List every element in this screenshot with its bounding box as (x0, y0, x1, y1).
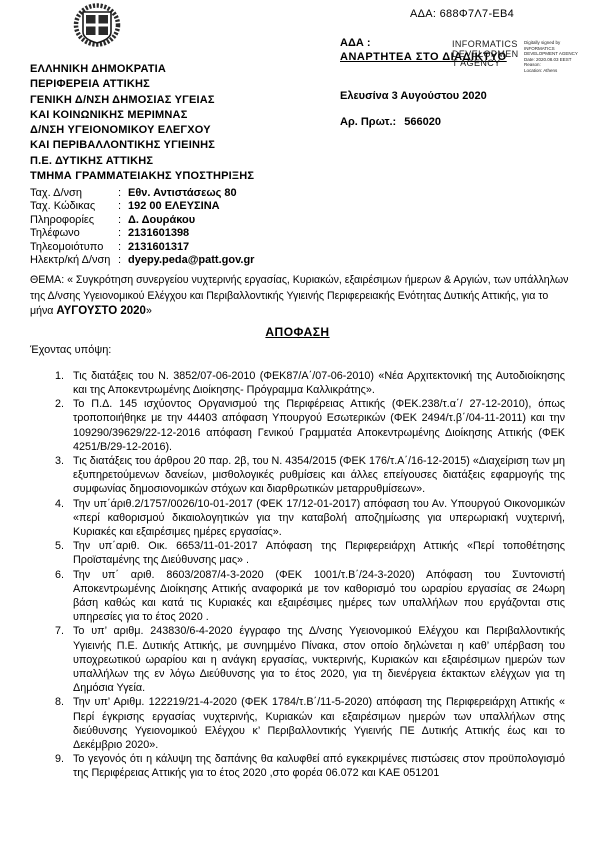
colon: : (118, 200, 128, 213)
authority-line: Δ/ΝΣΗ ΥΓΕΙΟΝΟΜΙΚΟΥ ΕΛΕΓΧΟΥ (30, 123, 254, 138)
colon: : (118, 254, 128, 267)
contact-row: Ηλεκτρ/κή Δ/νση:dyepy.peda@patt.gov.gr (30, 254, 254, 267)
stamp-line: T AGENCY (452, 59, 519, 69)
subject-month: ΑΥΓΟΥΣΤΟ 2020 (56, 305, 146, 317)
contact-value: 2131601317 (128, 241, 189, 254)
list-item: 6. Την υπ΄ αριθ. 8603/2087/4-3-2020 (ΦΕΚ… (55, 568, 565, 625)
list-item-text: Το γεγονός ότι η κάλυψη της δαπάνης θα κ… (73, 752, 565, 780)
list-item-text: Το υπ’ αριθμ. 243830/6-4-2020 έγγραφο τη… (73, 624, 565, 695)
contact-label: Τηλέφωνο (30, 227, 118, 240)
list-item-number: 6. (55, 568, 64, 582)
contact-row: Πληροφορίες:Δ. Δουράκου (30, 214, 254, 227)
list-item-text: Τις διατάξεις του Ν. 3852/07-06-2010 (ΦΕ… (73, 369, 565, 397)
protocol-number: Αρ. Πρωτ.:566020 (340, 116, 441, 128)
contact-label: Ηλεκτρ/κή Δ/νση (30, 254, 118, 267)
document-body: ΘΕΜΑ: « Συγκρότηση συνεργείου νυχτερινής… (0, 270, 595, 781)
list-item-text: Την υπ’ Αριθμ. 122219/21-4-2020 (ΦΕΚ 178… (73, 695, 565, 752)
contact-row: Τηλέφωνο:2131601398 (30, 227, 254, 240)
list-item-number: 1. (55, 369, 64, 383)
authority-line: ΚΑΙ ΠΕΡΙΒΑΛΛΟΝΤΙΚΗΣ ΥΓΙΕΙΝΗΣ (30, 138, 254, 153)
colon: : (118, 227, 128, 240)
legal-basis-list: 1. Τις διατάξεις του Ν. 3852/07-06-2010 … (55, 369, 565, 781)
list-item-number: 7. (55, 624, 64, 638)
contact-value: Δ. Δουράκου (128, 214, 195, 227)
document-header: ΑΔΑ: 688Φ7Λ7-ΕΒ4 ΕΛΛΗΝΙΚΗ ΔΗΜΟΚΡΑΤΙΑ ΠΕΡ… (0, 0, 595, 270)
contact-value: Εθν. Αντιστάσεως 80 (128, 187, 237, 200)
contact-row: Τηλεομοιότυπο:2131601317 (30, 241, 254, 254)
list-item-number: 5. (55, 539, 64, 553)
list-item: 7. Το υπ’ αριθμ. 243830/6-4-2020 έγγραφο… (55, 624, 565, 695)
subject-close-quote: » (146, 305, 152, 317)
ada-reference: ΑΔΑ: 688Φ7Λ7-ΕΒ4 (410, 8, 514, 20)
contact-details-block: Ταχ. Δ/νση:Εθν. Αντιστάσεως 80 Ταχ. Κώδι… (30, 187, 254, 267)
list-item-number: 8. (55, 695, 64, 709)
issuing-authority-block: ΕΛΛΗΝΙΚΗ ΔΗΜΟΚΡΑΤΙΑ ΠΕΡΙΦΕΡΕΙΑ ΑΤΤΙΚΗΣ Γ… (30, 62, 254, 184)
place-and-date: Ελευσίνα 3 Αυγούστου 2020 (340, 90, 487, 102)
list-item-number: 3. (55, 454, 64, 468)
authority-line: ΤΜΗΜΑ ΓΡΑΜΜΑΤΕΙΑΚΗΣ ΥΠΟΣΤΗΡΙΞΗΣ (30, 169, 254, 184)
having-regard-intro: Έχοντας υπόψη: (30, 344, 565, 356)
decision-heading: ΑΠΟΦΑΣΗ (30, 325, 565, 339)
list-item-text: Το Π.Δ. 145 ισχύοντος Οργανισμού της Περ… (73, 397, 565, 454)
contact-label: Τηλεομοιότυπο (30, 241, 118, 254)
decision-heading-text: ΑΠΟΦΑΣΗ (265, 325, 329, 339)
authority-line: ΚΑΙ ΚΟΙΝΩΝΙΚΗΣ ΜΕΡΙΜΝΑΣ (30, 108, 254, 123)
greek-coat-of-arms-icon (72, 3, 122, 49)
contact-row: Ταχ. Δ/νση:Εθν. Αντιστάσεως 80 (30, 187, 254, 200)
list-item-number: 9. (55, 752, 64, 766)
list-item: 3. Τις διατάξεις του άρθρου 20 παρ. 2β, … (55, 454, 565, 497)
contact-row: Ταχ. Κώδικας:192 00 ΕΛΕΥΣΙΝΑ (30, 200, 254, 213)
subject-paragraph: ΘΕΜΑ: « Συγκρότηση συνεργείου νυχτερινής… (30, 273, 570, 320)
authority-line: ΓΕΝΙΚΗ Δ/ΝΣΗ ΔΗΜΟΣΙΑΣ ΥΓΕΙΑΣ (30, 93, 254, 108)
digital-signature-stamp: INFORMATICS DEVELOPMEN T AGENCY (452, 40, 519, 69)
list-item-number: 4. (55, 497, 64, 511)
list-item-text: Την υπ΄ αριθ. 8603/2087/4-3-2020 (ΦΕΚ 10… (73, 568, 565, 625)
list-item-number: 2. (55, 397, 64, 411)
list-item-text: Την υπ΄άριθ.2/1757/0026/10-01-2017 (ΦΕΚ … (73, 497, 565, 540)
list-item: 4. Την υπ΄άριθ.2/1757/0026/10-01-2017 (Φ… (55, 497, 565, 540)
protocol-label: Αρ. Πρωτ.: (340, 116, 396, 128)
list-item: 8. Την υπ’ Αριθμ. 122219/21-4-2020 (ΦΕΚ … (55, 695, 565, 752)
list-item: 1. Τις διατάξεις του Ν. 3852/07-06-2010 … (55, 369, 565, 397)
protocol-value: 566020 (404, 116, 441, 128)
contact-value: 192 00 ΕΛΕΥΣΙΝΑ (128, 200, 220, 213)
stamp-detail-line: Location: Athens (524, 68, 578, 74)
document-page: ΑΔΑ: 688Φ7Λ7-ΕΒ4 ΕΛΛΗΝΙΚΗ ΔΗΜΟΚΡΑΤΙΑ ΠΕΡ… (0, 0, 595, 842)
contact-value: 2131601398 (128, 227, 189, 240)
digital-signature-details: Digitally signed by INFORMATICS DEVELOPM… (524, 40, 578, 73)
contact-email: dyepy.peda@patt.gov.gr (128, 254, 254, 267)
contact-label: Ταχ. Δ/νση (30, 187, 118, 200)
list-item: 5. Την υπ΄αριθ. Οικ. 6653/11-01-2017 Από… (55, 539, 565, 567)
stamp-detail-line: DEVELOPMENT AGENCY (524, 51, 578, 57)
list-item: 9. Το γεγονός ότι η κάλυψη της δαπάνης θ… (55, 752, 565, 780)
colon: : (118, 241, 128, 254)
contact-label: Πληροφορίες (30, 214, 118, 227)
list-item-text: Την υπ΄αριθ. Οικ. 6653/11-01-2017 Απόφασ… (73, 539, 565, 567)
list-item-text: Τις διατάξεις του άρθρου 20 παρ. 2β, του… (73, 454, 565, 497)
authority-line: ΠΕΡΙΦΕΡΕΙΑ ΑΤΤΙΚΗΣ (30, 77, 254, 92)
contact-label: Ταχ. Κώδικας (30, 200, 118, 213)
colon: : (118, 187, 128, 200)
list-item: 2. Το Π.Δ. 145 ισχύοντος Οργανισμού της … (55, 397, 565, 454)
colon: : (118, 214, 128, 227)
authority-line: Π.Ε. ΔΥΤΙΚΗΣ ΑΤΤΙΚΗΣ (30, 154, 254, 169)
authority-line: ΕΛΛΗΝΙΚΗ ΔΗΜΟΚΡΑΤΙΑ (30, 62, 254, 77)
